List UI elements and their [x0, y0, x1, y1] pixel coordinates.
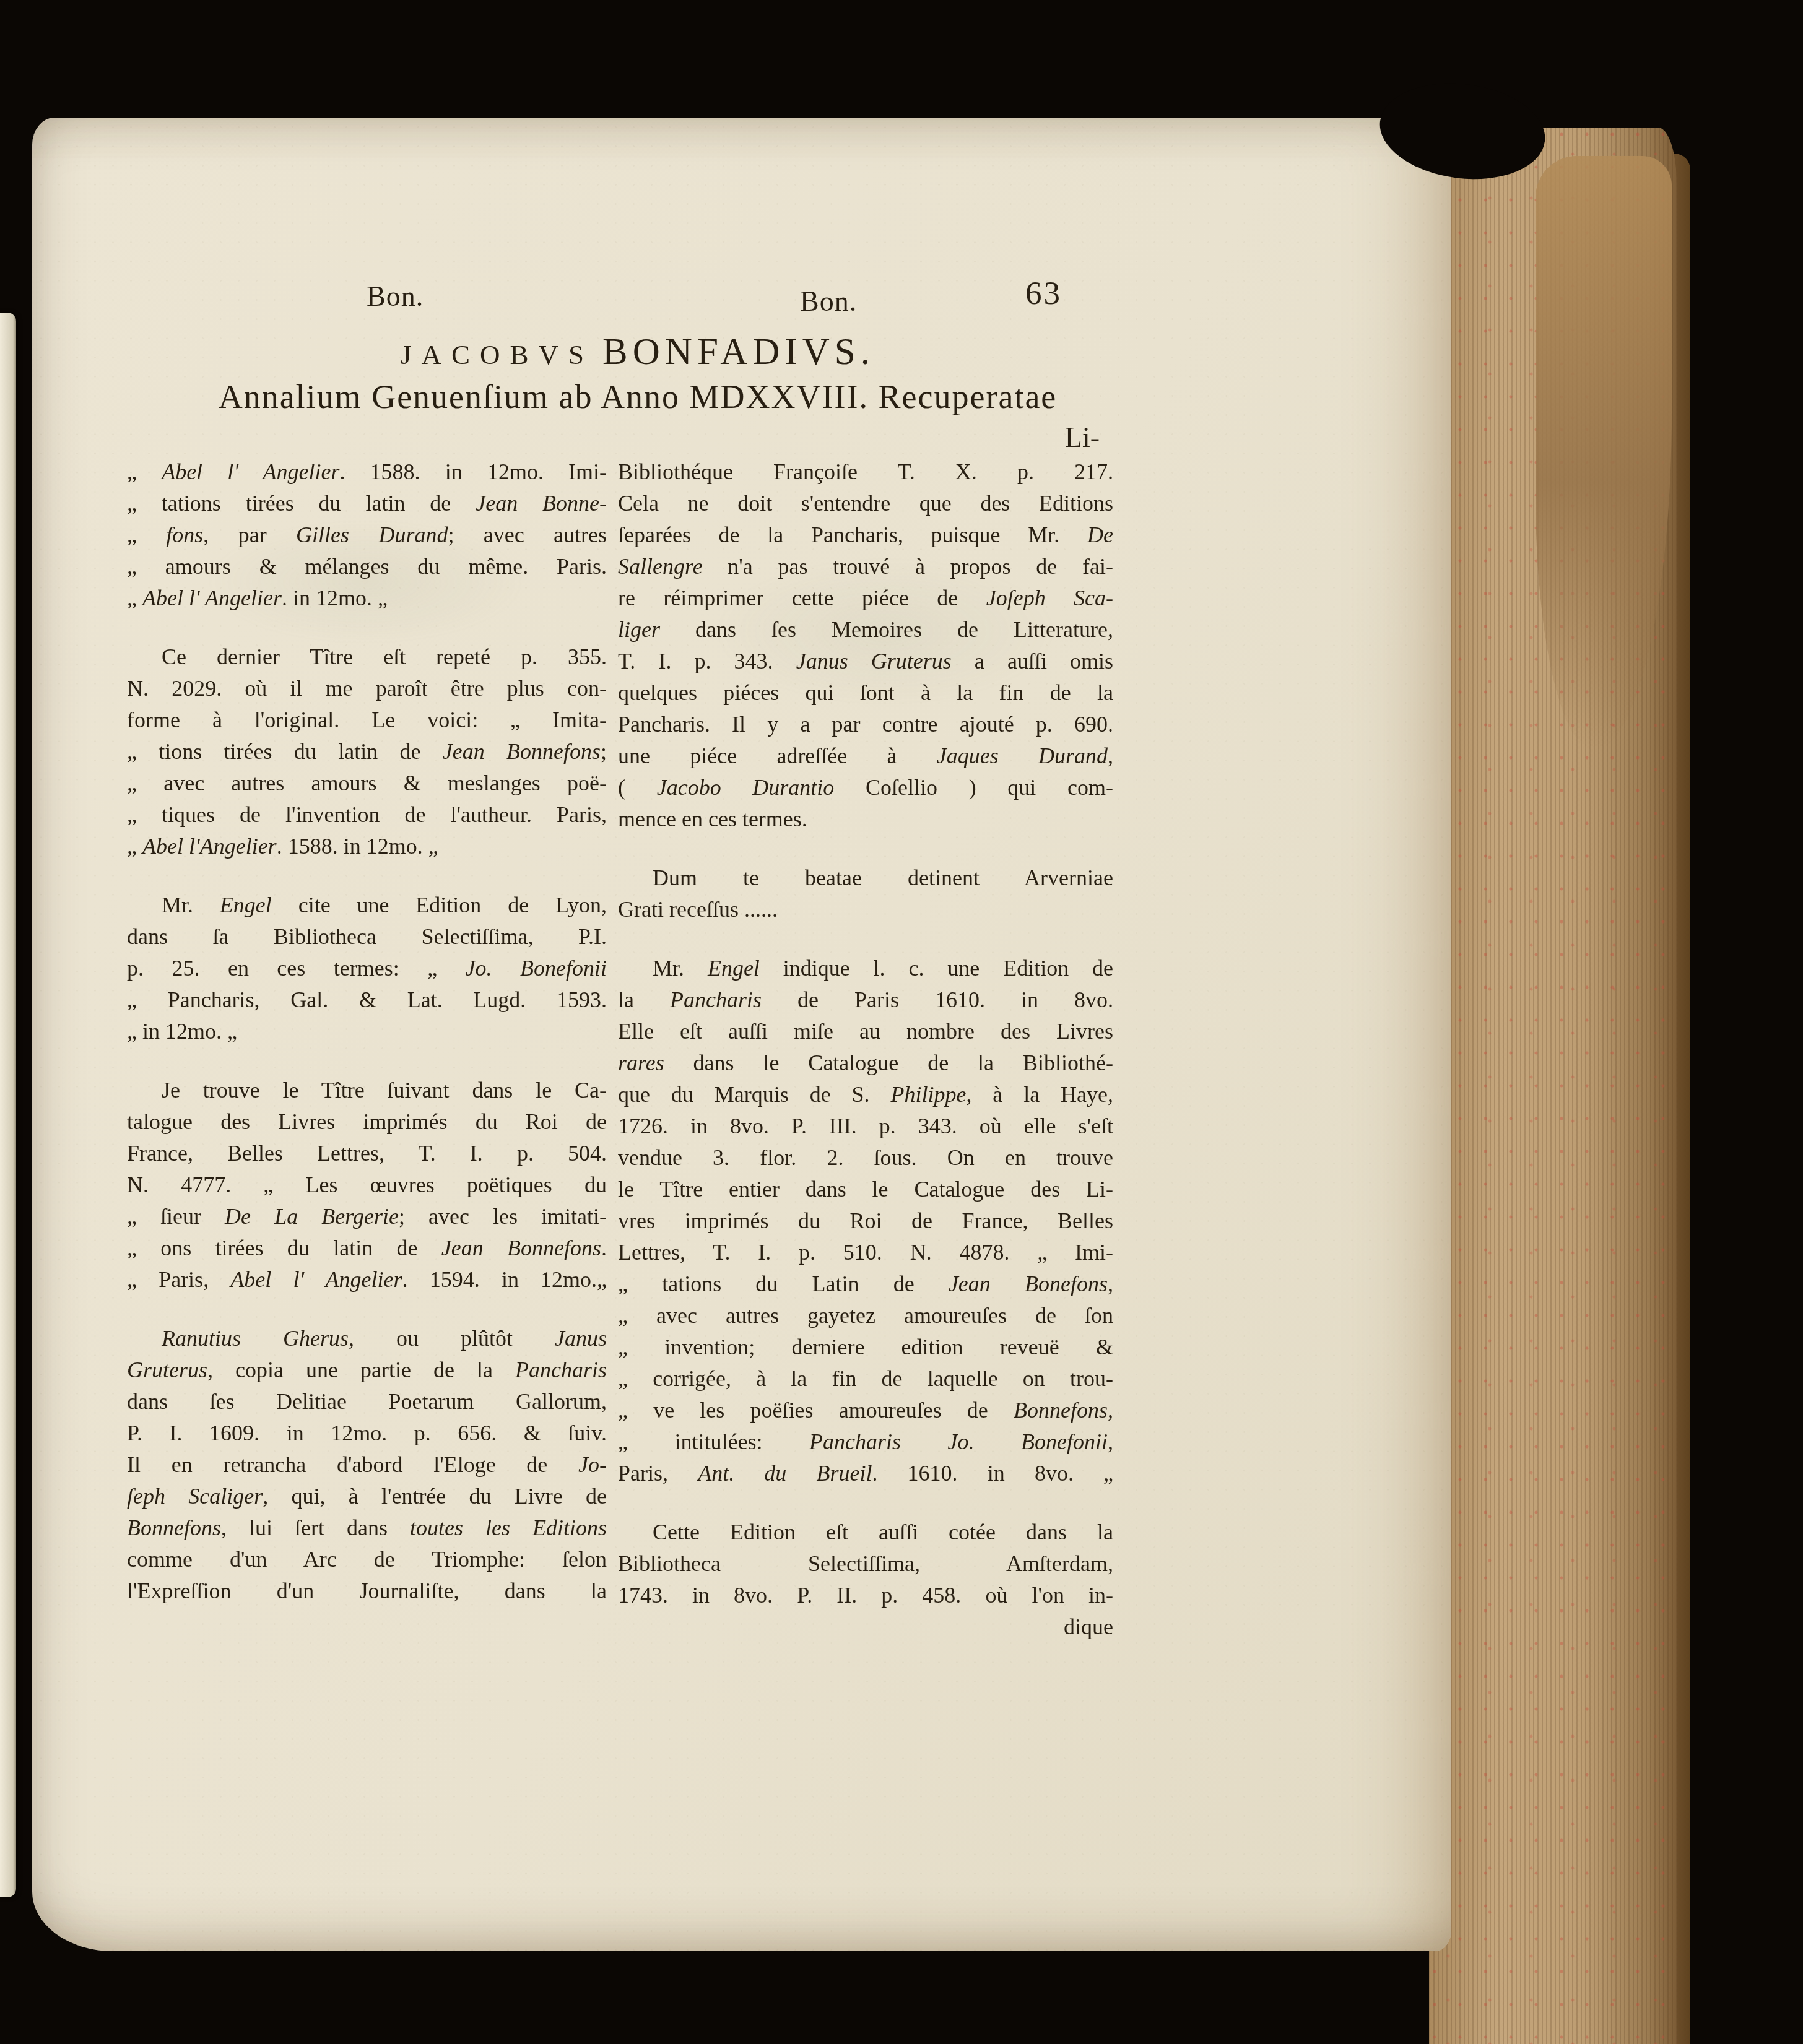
roman-text: talogue des Livres imprimés du Roi de [127, 1109, 607, 1134]
text-line: N. 2029. où il me paroît être plus con- [127, 673, 607, 704]
roman-text: „ tiques de l'invention de l'autheur. Pa… [127, 802, 607, 827]
text-line: Cela ne doit s'entendre que des Editions [618, 488, 1113, 519]
paragraph: Dum te beatae detinent ArverniaeGrati re… [618, 862, 1113, 925]
scanned-book-photo: Bon. Bon. 63 Jacobvs BONFADIVS. Annalium… [0, 0, 1803, 2044]
roman-text: Pancharis. Il y a par contre ajouté p. 6… [618, 712, 1113, 737]
italic-text: Jacobo Durantio [657, 775, 835, 800]
text-line: Bibliothéque Françoiſe T. X. p. 217. [618, 456, 1113, 488]
italic-text: Jaques Durand [937, 743, 1108, 768]
page-number: 63 [1025, 275, 1062, 312]
roman-text: N. 2029. où il me paroît être plus con- [127, 676, 607, 701]
paragraph: Ce dernier Tître eſt repeté p. 355.N. 20… [127, 641, 607, 862]
roman-text: Cela ne doit s'entendre que des Editions [618, 491, 1113, 516]
italic-text: De La Bergerie [225, 1204, 399, 1229]
italic-text: Pancharis [515, 1358, 607, 1382]
text-line: P. I. 1609. in 12mo. p. 656. & ſuiv. [127, 1418, 607, 1449]
text-line: „ Pancharis, Gal. & Lat. Lugd. 1593. [127, 984, 607, 1016]
column-left: „ Abel l' Angelier. 1588. in 12mo. Imi-„… [127, 456, 607, 1607]
text-line: forme à l'original. Le voici: „ Imita- [127, 704, 607, 736]
roman-text: la [618, 987, 670, 1012]
italic-text: Gruterus [127, 1358, 207, 1382]
roman-text: , ou plûtôt [349, 1326, 555, 1351]
roman-text: „ ſieur [127, 1204, 225, 1229]
roman-text: Ce dernier Tître eſt repeté p. 355. [162, 644, 607, 669]
italic-text: De [1087, 522, 1113, 547]
text-line: que du Marquis de S. Philippe, à la Haye… [618, 1079, 1113, 1111]
italic-text: Sallengre [618, 554, 703, 579]
roman-text: Coſellio ) qui com- [834, 775, 1113, 800]
text-line: „ Paris, Abel l' Angelier. 1594. in 12mo… [127, 1264, 607, 1296]
roman-text: l'Expreſſion d'un Journaliſte, dans la [127, 1578, 607, 1603]
text-line: „ tations du Latin de Jean Bonefons, [618, 1268, 1113, 1300]
author-forename: Jacobvs [401, 339, 594, 370]
italic-text: Ranutius Gherus [162, 1326, 349, 1351]
text-line: „ tations tirées du latin de Jean Bonne- [127, 488, 607, 519]
roman-text: comme d'un Arc de Triomphe: ſelon [127, 1547, 607, 1572]
roman-text: ; avec les imitati- [399, 1204, 607, 1229]
text-line: France, Belles Lettres, T. I. p. 504. [127, 1138, 607, 1169]
roman-text: forme à l'original. Le voici: „ Imita- [127, 708, 607, 732]
italic-text: Abel l' Angelier [162, 459, 339, 484]
text-line: le Tître entier dans le Catalogue des Li… [618, 1174, 1113, 1205]
italic-text: rares [618, 1050, 664, 1075]
roman-text: 1726. in 8vo. P. III. p. 343. où elle s'… [618, 1114, 1113, 1138]
text-line: Gruterus, copia une partie de la Panchar… [127, 1354, 607, 1386]
text-line: „ Abel l' Angelier. 1588. in 12mo. Imi- [127, 456, 607, 488]
roman-text: ; avec autres [448, 522, 607, 547]
article-subtitle: Annalium Genuenſium ab Anno MDXXVIII. Re… [155, 378, 1121, 416]
roman-text: . 1610. in 8vo. „ [872, 1461, 1113, 1486]
roman-text: Grati receſſus ...... [618, 897, 778, 922]
text-line: „ ons tirées du latin de Jean Bonnefons. [127, 1232, 607, 1264]
roman-text: . [601, 1236, 607, 1260]
paragraph: Mr. Engel cite une Edition de Lyon,dans … [127, 890, 607, 1047]
roman-text: quelques piéces qui ſont à la fin de la [618, 680, 1113, 705]
text-line: dique [618, 1611, 1113, 1643]
text-line: la Pancharis de Paris 1610. in 8vo. [618, 984, 1113, 1016]
printed-content: Bon. Bon. 63 Jacobvs BONFADIVS. Annalium… [0, 0, 1803, 2044]
roman-text: „ in 12mo. „ [127, 1019, 237, 1044]
text-line: dans ſa Bibliotheca Selectiſſima, P.I. [127, 921, 607, 953]
paragraph: Mr. Engel indique l. c. une Edition dela… [618, 953, 1113, 1489]
text-line: „ amours & mélanges du même. Paris. [127, 551, 607, 582]
text-line: „ tiques de l'invention de l'autheur. Pa… [127, 799, 607, 831]
roman-text: mence en ces termes. [618, 807, 807, 831]
italic-text: Gilles Durand [296, 522, 448, 547]
column-right: Bibliothéque Françoiſe T. X. p. 217.Cela… [618, 456, 1113, 1643]
text-line: „ in 12mo. „ [127, 1016, 607, 1047]
running-header-left: Bon. [367, 280, 424, 313]
text-line: Bonnefons, lui ſert dans toutes les Edit… [127, 1512, 607, 1544]
text-line: ſeph Scaliger, qui, à l'entrée du Livre … [127, 1481, 607, 1512]
text-line: „ Abel l'Angelier. 1588. in 12mo. „ [127, 831, 607, 862]
italic-text: Pancharis Jo. Bonefonii [809, 1429, 1108, 1454]
text-line: re réimprimer cette piéce de Joſeph Sca- [618, 582, 1113, 614]
roman-text: P. I. 1609. in 12mo. p. 656. & ſuiv. [127, 1421, 607, 1445]
italic-text: ſeph Scaliger [127, 1484, 263, 1509]
roman-text: indique l. c. une Edition de [760, 956, 1113, 981]
text-line: „ tions tirées du latin de Jean Bonnefon… [127, 736, 607, 768]
roman-text: 1743. in 8vo. P. II. p. 458. où l'on in- [618, 1583, 1113, 1608]
text-line: Paris, Ant. du Brueil. 1610. in 8vo. „ [618, 1458, 1113, 1489]
text-line: „ ve les poëſies amoureuſes de Bonnefons… [618, 1395, 1113, 1426]
catchword-top: Li- [155, 421, 1121, 454]
roman-text: „ [127, 459, 162, 484]
roman-text: re réimprimer cette piéce de [618, 586, 986, 610]
text-line: T. I. p. 343. Janus Gruterus a auſſi omi… [618, 646, 1113, 677]
italic-text: Abel l' Angelier [230, 1267, 402, 1292]
author-surname: BONFADIVS. [602, 331, 875, 373]
text-line: „ avec autres gayetez amoureuſes de ſon [618, 1300, 1113, 1332]
italic-text: toutes les Editions [410, 1515, 607, 1540]
roman-text: , copia une partie de la [207, 1358, 515, 1382]
paragraph: Ranutius Gherus, ou plûtôt JanusGruterus… [127, 1323, 607, 1607]
text-line: ſeparées de la Pancharis, puisque Mr. De [618, 519, 1113, 551]
article-title-block: Jacobvs BONFADIVS. Annalium Genuenſium a… [155, 331, 1121, 454]
paragraph: Cette Edition eſt auſſi cotée dans laBib… [618, 1517, 1113, 1643]
roman-text: „ ons tirées du latin de [127, 1236, 441, 1260]
roman-text: „ amours & mélanges du même. Paris. [127, 554, 607, 579]
roman-text: „ Pancharis, Gal. & Lat. Lugd. 1593. [127, 987, 607, 1012]
italic-text: Philippe [890, 1082, 966, 1107]
roman-text: dans le Catalogue de la Bibliothé- [664, 1050, 1113, 1075]
roman-text: Bibliothéque Françoiſe T. X. p. 217. [618, 459, 1113, 484]
text-line: „ invention; derniere edition reveuë & [618, 1332, 1113, 1363]
roman-text: „ corrigée, à la fin de laquelle on trou… [618, 1366, 1113, 1391]
text-line: Mr. Engel indique l. c. une Edition de [618, 953, 1113, 984]
text-line: N. 4777. „ Les œuvres poëtiques du [127, 1169, 607, 1201]
roman-text: T. I. p. 343. [618, 649, 796, 673]
italic-text: Bonnefons [1014, 1398, 1108, 1423]
paragraph: „ Abel l' Angelier. 1588. in 12mo. Imi-„… [127, 456, 607, 614]
roman-text: , lui ſert dans [221, 1515, 410, 1540]
roman-text: , [1108, 743, 1113, 768]
text-line: p. 25. en ces termes: „ Jo. Bonefonii [127, 953, 607, 984]
roman-text: „ avec autres gayetez amoureuſes de ſon [618, 1303, 1113, 1328]
text-line: liger dans ſes Memoires de Litterature, [618, 614, 1113, 646]
roman-text: , [1108, 1271, 1113, 1296]
text-line: Mr. Engel cite une Edition de Lyon, [127, 890, 607, 921]
italic-text: Joſeph Sca- [986, 586, 1113, 610]
roman-text: , à la Haye, [966, 1082, 1113, 1107]
roman-text: une piéce adreſſée à [618, 743, 937, 768]
text-line: une piéce adreſſée à Jaques Durand, [618, 740, 1113, 772]
italic-text: Bonnefons [127, 1515, 221, 1540]
italic-text: Abel l'Angelier [142, 834, 277, 859]
roman-text: Mr. [653, 956, 708, 981]
italic-text: Janus Gruterus [796, 649, 952, 673]
roman-text: , [1108, 1398, 1113, 1423]
roman-text: „ [127, 522, 166, 547]
roman-text: vres imprimés du Roi de France, Belles [618, 1208, 1113, 1233]
italic-text: Jo. Bonefonii [466, 956, 607, 981]
roman-text: vendue 3. flor. 2. ſous. On en trouve [618, 1145, 1113, 1170]
text-line: Grati receſſus ...... [618, 894, 1113, 925]
roman-text: „ ve les poëſies amoureuſes de [618, 1398, 1014, 1423]
text-line: „ Abel l' Angelier. in 12mo. „ [127, 582, 607, 614]
roman-text: . 1594. in 12mo.„ [402, 1267, 607, 1292]
italic-text: Ant. du Brueil [698, 1461, 872, 1486]
text-line: talogue des Livres imprimés du Roi de [127, 1106, 607, 1138]
roman-text: Lettres, T. I. p. 510. N. 4878. „ Imi- [618, 1240, 1113, 1265]
roman-text: ſeparées de la Pancharis, puisque Mr. [618, 522, 1087, 547]
text-line: Ce dernier Tître eſt repeté p. 355. [127, 641, 607, 673]
roman-text: dans ſes Memoires de Litterature, [660, 617, 1113, 642]
roman-text: Il en retrancha d'abord l'Eloge de [127, 1452, 578, 1477]
roman-text: „ intitulées: [618, 1429, 809, 1454]
roman-text: „ invention; derniere edition reveuë & [618, 1335, 1113, 1359]
roman-text: , par [203, 522, 296, 547]
text-line: „ corrigée, à la fin de laquelle on trou… [618, 1363, 1113, 1395]
text-line: „ intitulées: Pancharis Jo. Bonefonii, [618, 1426, 1113, 1458]
running-header-center: Bon. [800, 285, 857, 318]
paragraph: Bibliothéque Françoiſe T. X. p. 217.Cela… [618, 456, 1113, 835]
italic-text: Janus [555, 1326, 607, 1351]
roman-text: ; [601, 739, 607, 764]
roman-text: „ [127, 586, 142, 610]
roman-text: . in 12mo. „ [282, 586, 388, 610]
roman-text: „ Paris, [127, 1267, 230, 1292]
text-line: 1726. in 8vo. P. III. p. 343. où elle s'… [618, 1111, 1113, 1142]
text-line: „ ſieur De La Bergerie; avec les imitati… [127, 1201, 607, 1232]
roman-text: , qui, à l'entrée du Livre de [263, 1484, 607, 1509]
text-line: „ fons, par Gilles Durand; avec autres [127, 519, 607, 551]
text-line: dans ſes Delitiae Poetarum Gallorum, [127, 1386, 607, 1418]
text-line: comme d'un Arc de Triomphe: ſelon [127, 1544, 607, 1575]
paragraph: Je trouve le Tître ſuivant dans le Ca-ta… [127, 1075, 607, 1296]
roman-text: dans ſes Delitiae Poetarum Gallorum, [127, 1389, 607, 1414]
roman-text: „ tations tirées du latin de [127, 491, 476, 516]
text-line: mence en ces termes. [618, 803, 1113, 835]
roman-text: „ [127, 834, 142, 859]
italic-text: Engel [708, 956, 760, 981]
roman-text: p. 25. en ces termes: „ [127, 956, 466, 981]
text-line: quelques piéces qui ſont à la fin de la [618, 677, 1113, 709]
roman-text: cite une Edition de Lyon, [272, 893, 607, 917]
roman-text: , [1108, 1429, 1113, 1454]
roman-text: le Tître entier dans le Catalogue des Li… [618, 1177, 1113, 1202]
roman-text: . 1588. in 12mo. „ [277, 834, 438, 859]
roman-text: Paris, [618, 1461, 698, 1486]
roman-text: Mr. [162, 893, 220, 917]
italic-text: Jean Bonefons [949, 1271, 1108, 1296]
roman-text: dans ſa Bibliotheca Selectiſſima, P.I. [127, 924, 607, 949]
article-title: Jacobvs BONFADIVS. [155, 331, 1121, 374]
text-line: Je trouve le Tître ſuivant dans le Ca- [127, 1075, 607, 1106]
italic-text: Pancharis [670, 987, 762, 1012]
roman-text: „ tions tirées du latin de [127, 739, 443, 764]
italic-text: fons [166, 522, 203, 547]
text-line: „ avec autres amours & meslanges poë- [127, 768, 607, 799]
italic-text: Jean Bonne- [476, 491, 607, 516]
italic-text: liger [618, 617, 660, 642]
text-line: Bibliotheca Selectiſſima, Amſterdam, [618, 1548, 1113, 1580]
text-line: Elle eſt auſſi miſe au nombre des Livres [618, 1016, 1113, 1047]
text-line: ( Jacobo Durantio Coſellio ) qui com- [618, 772, 1113, 803]
roman-text: Je trouve le Tître ſuivant dans le Ca- [162, 1078, 607, 1102]
text-line: Ranutius Gherus, ou plûtôt Janus [127, 1323, 607, 1354]
text-line: Pancharis. Il y a par contre ajouté p. 6… [618, 709, 1113, 740]
roman-text: dique [1064, 1614, 1113, 1639]
text-line: Il en retrancha d'abord l'Eloge de Jo- [127, 1449, 607, 1481]
text-line: l'Expreſſion d'un Journaliſte, dans la [127, 1575, 607, 1607]
italic-text: Engel [220, 893, 272, 917]
roman-text: Dum te beatae detinent Arverniae [653, 865, 1113, 890]
text-line: Cette Edition eſt auſſi cotée dans la [618, 1517, 1113, 1548]
roman-text: France, Belles Lettres, T. I. p. 504. [127, 1141, 607, 1166]
text-line: Dum te beatae detinent Arverniae [618, 862, 1113, 894]
italic-text: Abel l' Angelier [142, 586, 282, 610]
roman-text: Bibliotheca Selectiſſima, Amſterdam, [618, 1551, 1113, 1576]
roman-text: de Paris 1610. in 8vo. [762, 987, 1113, 1012]
italic-text: Jean Bonnefons [441, 1236, 601, 1260]
roman-text: n'a pas trouvé à propos de fai- [703, 554, 1113, 579]
text-line: Sallengre n'a pas trouvé à propos de fai… [618, 551, 1113, 582]
text-line: vendue 3. flor. 2. ſous. On en trouve [618, 1142, 1113, 1174]
roman-text: Elle eſt auſſi miſe au nombre des Livres [618, 1019, 1113, 1044]
italic-text: Jo- [578, 1452, 607, 1477]
roman-text: Cette Edition eſt auſſi cotée dans la [653, 1520, 1113, 1544]
italic-text: Jean Bonnefons [443, 739, 601, 764]
roman-text: „ tations du Latin de [618, 1271, 949, 1296]
text-line: vres imprimés du Roi de France, Belles [618, 1205, 1113, 1237]
roman-text: que du Marquis de S. [618, 1082, 890, 1107]
text-line: Lettres, T. I. p. 510. N. 4878. „ Imi- [618, 1237, 1113, 1268]
text-line: 1743. in 8vo. P. II. p. 458. où l'on in- [618, 1580, 1113, 1611]
roman-text: N. 4777. „ Les œuvres poëtiques du [127, 1172, 607, 1197]
roman-text: ( [618, 775, 657, 800]
text-line: rares dans le Catalogue de la Bibliothé- [618, 1047, 1113, 1079]
roman-text: . 1588. in 12mo. Imi- [339, 459, 607, 484]
roman-text: a auſſi omis [952, 649, 1113, 673]
roman-text: „ avec autres amours & meslanges poë- [127, 771, 607, 795]
